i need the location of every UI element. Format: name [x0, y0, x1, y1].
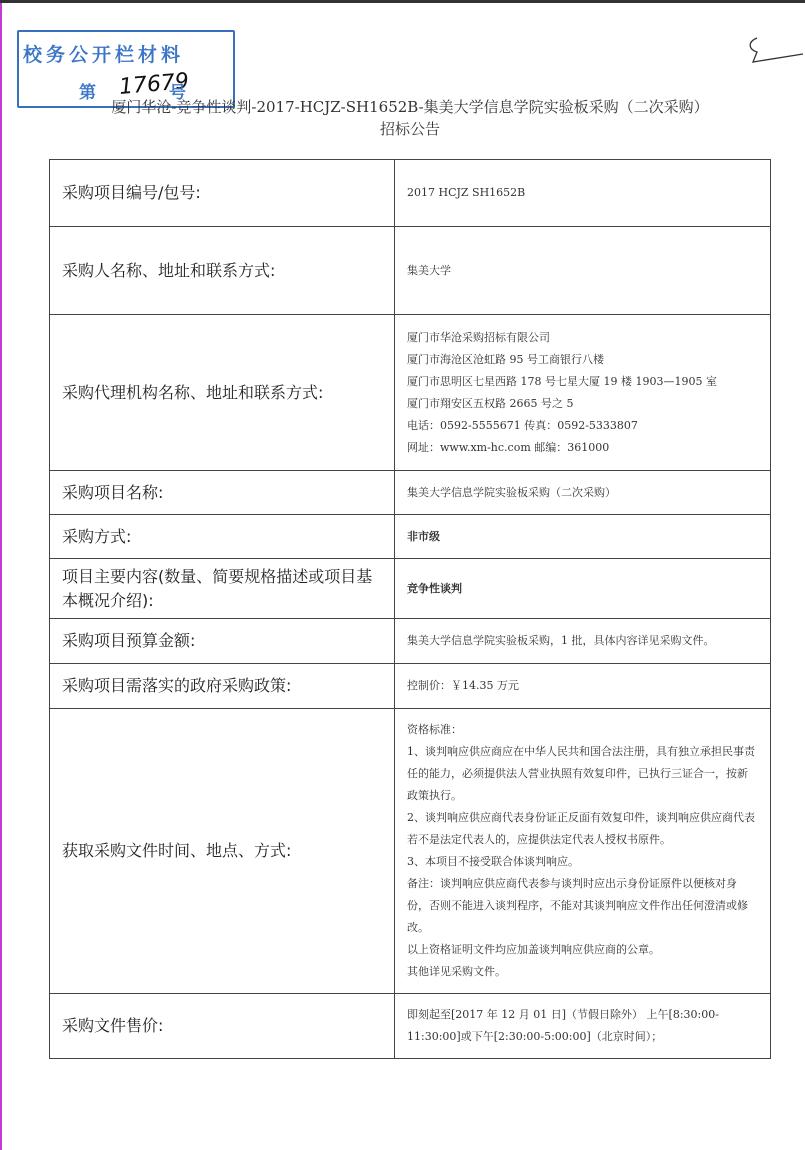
row-value: 集美大学	[395, 227, 771, 315]
table-row: 采购项目编号/包号: 2017 HCJZ SH1652B	[50, 160, 771, 227]
table-row: 获取采购文件时间、地点、方式: 资格标准： 1、谈判响应供应商应在中华人民共和国…	[50, 709, 771, 994]
scan-left-edge	[0, 0, 2, 1150]
row-label: 采购文件售价:	[50, 994, 395, 1059]
row-value: 控制价：￥14.35 万元	[395, 664, 771, 709]
row-value: 集美大学信息学院实验板采购（二次采购）	[395, 471, 771, 515]
row-label: 采购项目名称:	[50, 471, 395, 515]
table-row: 采购代理机构名称、地址和联系方式: 厦门市华沧采购招标有限公司 厦门市海沧区沧虹…	[50, 315, 771, 471]
table-row: 采购方式: 非市级	[50, 515, 771, 559]
row-label: 采购项目预算金额:	[50, 619, 395, 664]
row-value: 厦门市华沧采购招标有限公司 厦门市海沧区沧虹路 95 号工商银行八楼 厦门市思明…	[395, 315, 771, 471]
procurement-notice-table: 采购项目编号/包号: 2017 HCJZ SH1652B 采购人名称、地址和联系…	[49, 159, 771, 1059]
row-value: 即刻起至[2017 年 12 月 01 日]（节假日除外） 上午[8:30:00…	[395, 994, 771, 1059]
row-value: 集美大学信息学院实验板采购，1 批，具体内容详见采购文件。	[395, 619, 771, 664]
row-value: 竞争性谈判	[395, 559, 771, 619]
row-label: 采购人名称、地址和联系方式:	[50, 227, 395, 315]
row-label: 获取采购文件时间、地点、方式:	[50, 709, 395, 994]
table-row: 采购项目需落实的政府采购政策: 控制价：￥14.35 万元	[50, 664, 771, 709]
row-label: 项目主要内容(数量、简要规格描述或项目基本概况介绍):	[50, 559, 395, 619]
table-row: 采购人名称、地址和联系方式: 集美大学	[50, 227, 771, 315]
row-label: 采购项目需落实的政府采购政策:	[50, 664, 395, 709]
row-value: 2017 HCJZ SH1652B	[395, 160, 771, 227]
row-value: 资格标准： 1、谈判响应供应商应在中华人民共和国合法注册，具有独立承担民事责任的…	[395, 709, 771, 994]
row-label: 采购代理机构名称、地址和联系方式:	[50, 315, 395, 471]
table-row: 项目主要内容(数量、简要规格描述或项目基本概况介绍): 竞争性谈判	[50, 559, 771, 619]
table-row: 采购文件售价: 即刻起至[2017 年 12 月 01 日]（节假日除外） 上午…	[50, 994, 771, 1059]
document-title: 厦门华沧-竞争性谈判-2017-HCJZ-SH1652B-集美大学信息学院实验板…	[20, 96, 800, 118]
scan-top-edge	[0, 0, 805, 3]
row-label: 采购方式:	[50, 515, 395, 559]
row-value: 非市级	[395, 515, 771, 559]
row-label: 采购项目编号/包号:	[50, 160, 395, 227]
signature-mark-icon	[745, 30, 805, 70]
stamp-title: 校务公开栏材料	[23, 40, 184, 67]
table-row: 采购项目预算金额: 集美大学信息学院实验板采购，1 批，具体内容详见采购文件。	[50, 619, 771, 664]
table-row: 采购项目名称: 集美大学信息学院实验板采购（二次采购）	[50, 471, 771, 515]
document-subtitle: 招标公告	[20, 118, 800, 139]
